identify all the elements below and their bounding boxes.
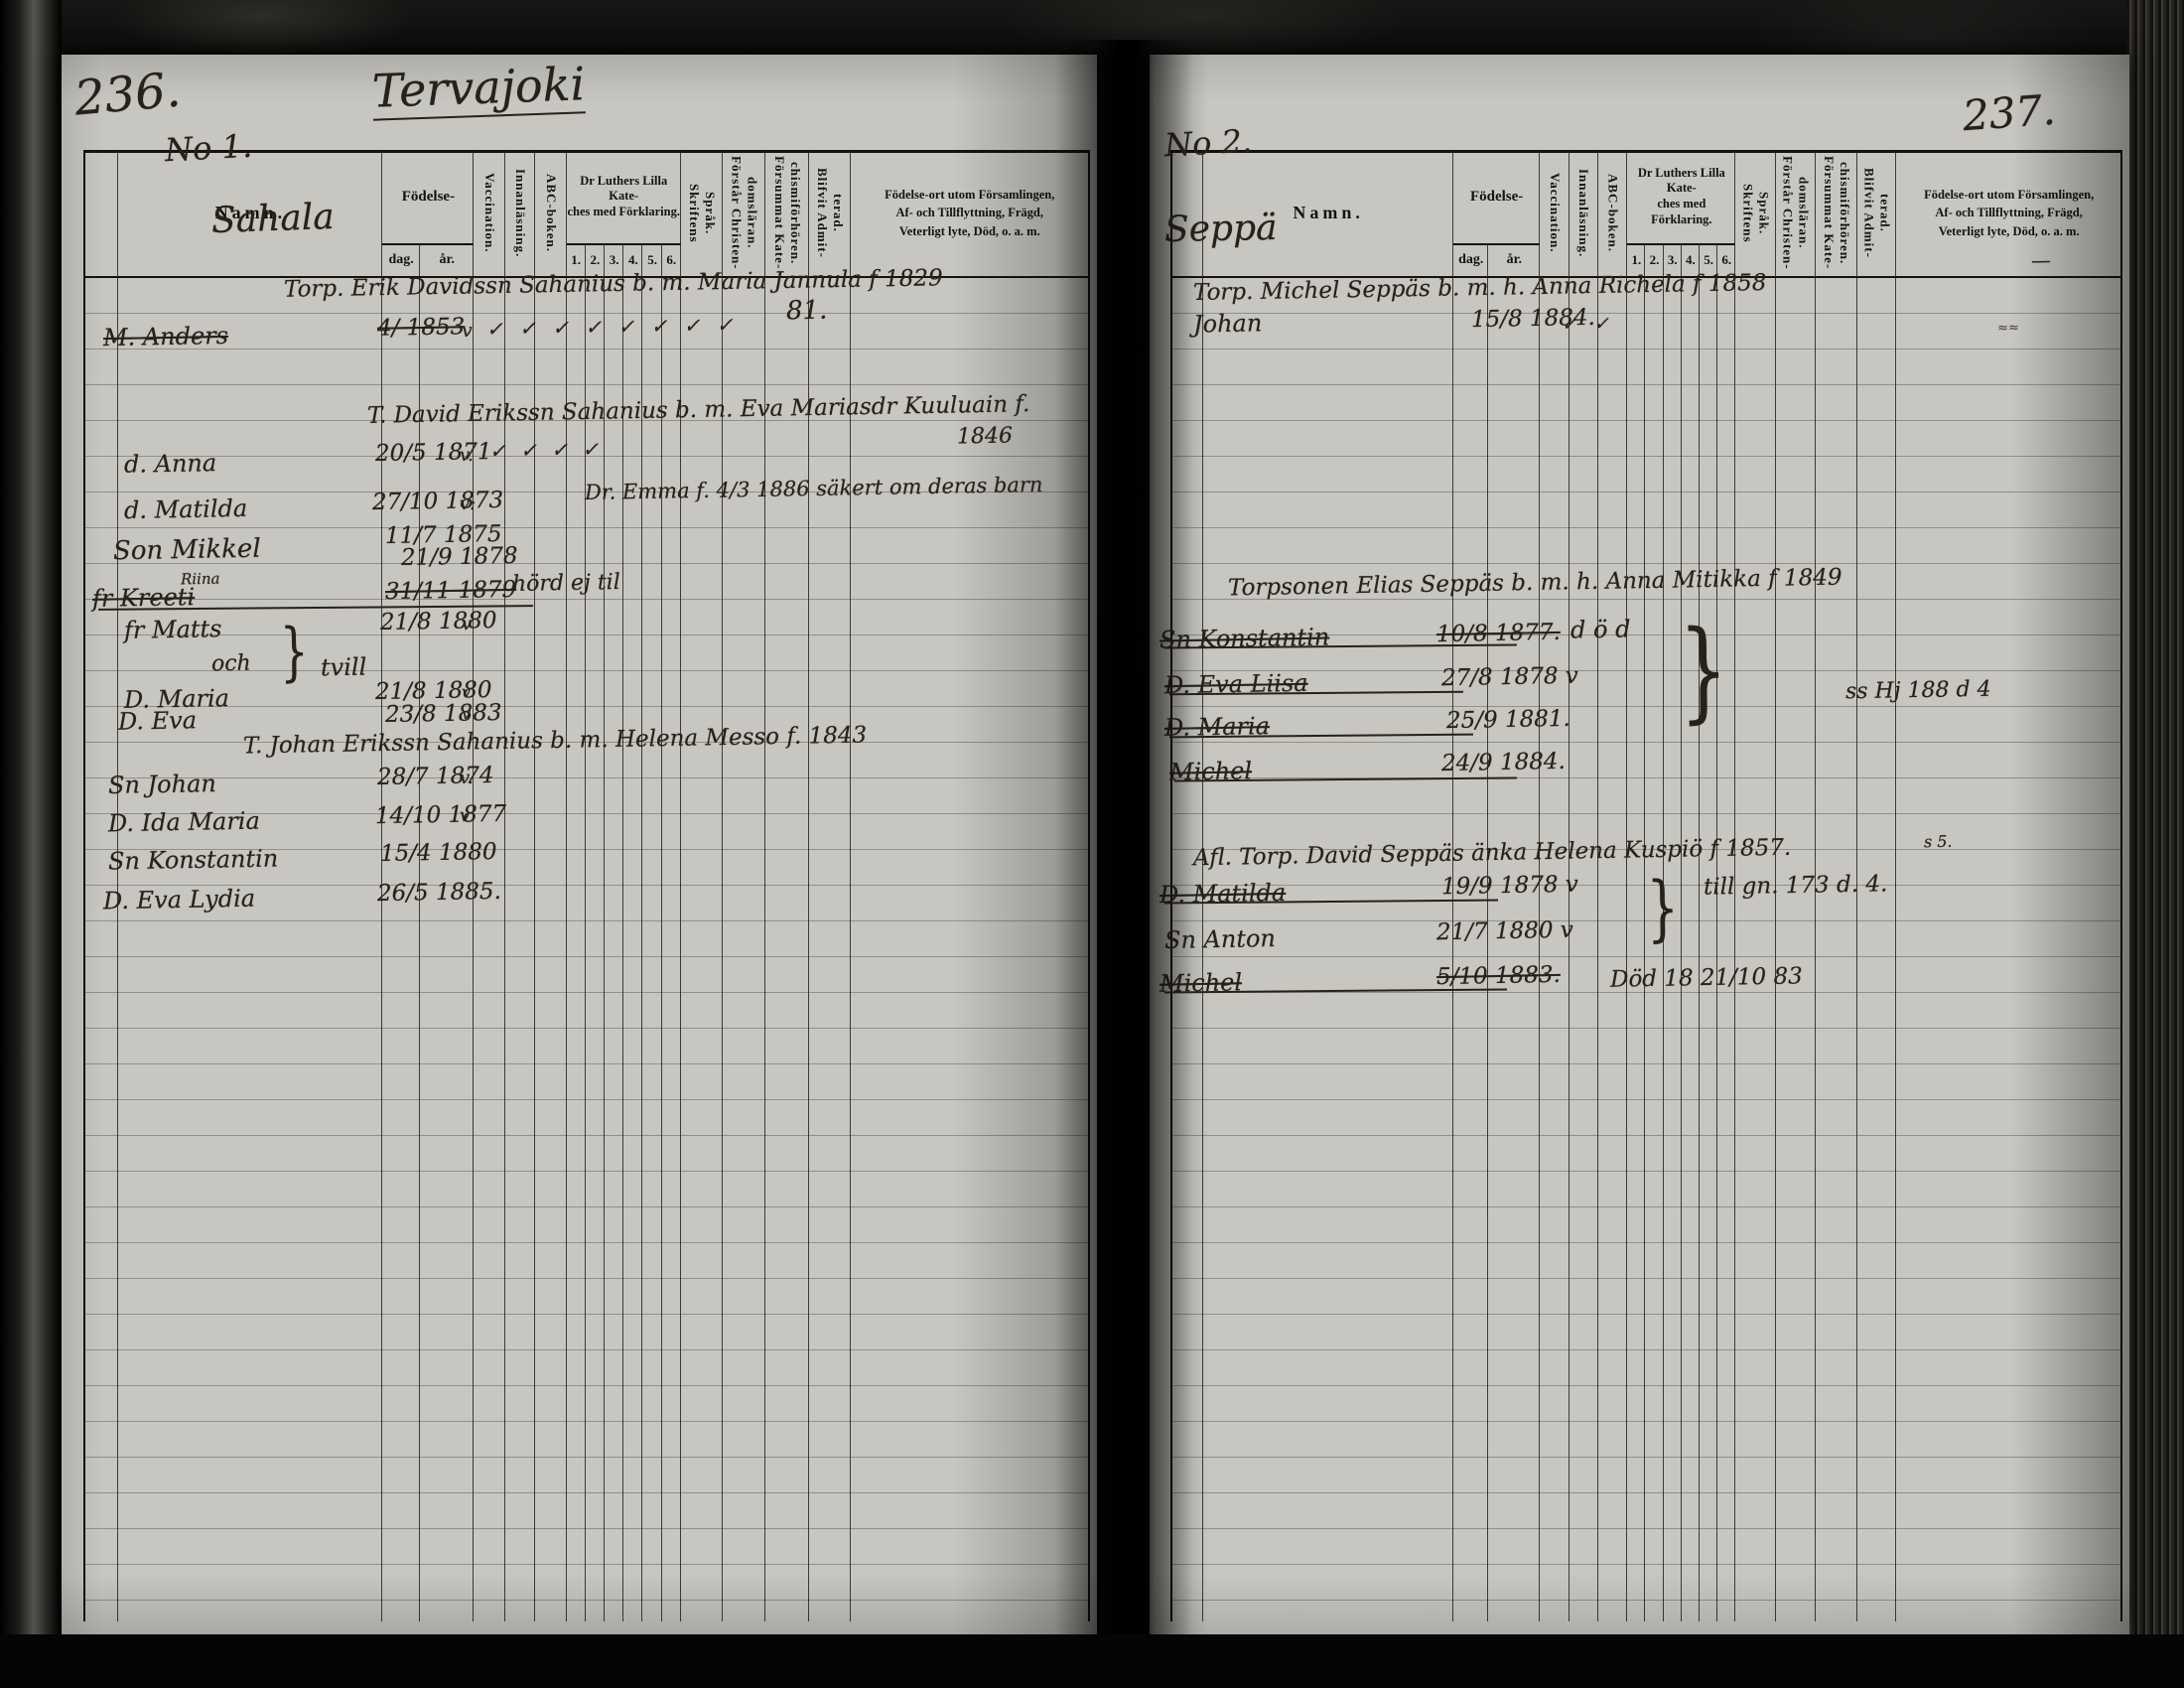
birth-date: 21/7 1880 v <box>1436 919 1573 944</box>
page-number: 236. <box>72 66 183 122</box>
family-heading: Torpsonen Elias Seppäs b. m. h. Anna Mit… <box>1228 566 1843 600</box>
note: och <box>211 653 251 676</box>
note: hörd ej til <box>512 572 620 596</box>
person-name: Sn Anton <box>1164 926 1276 952</box>
page-left: Namn. Födelse- dag. år. Vaccination. Inn… <box>62 55 1097 1635</box>
entry-number: No 1. <box>165 130 254 167</box>
family-heading: T. David Erikssn Sahanius b. m. Eva Mari… <box>367 393 1030 428</box>
page-number: 237. <box>1962 89 2057 137</box>
person-name: Son Mikkel <box>113 535 261 564</box>
book-spine-edge <box>0 0 62 1688</box>
scanned-parish-register-photo: Namn. Födelse- dag. år. Vaccination. Inn… <box>0 0 2184 1688</box>
page-stack-edge <box>2126 0 2184 1688</box>
vaccination-mark: v <box>461 616 471 633</box>
photo-bottom-border <box>0 1634 2184 1688</box>
vaccination-mark: v. <box>459 447 473 465</box>
check-marks: ✓ ✓ ✓ ✓ <box>489 439 603 461</box>
birth-date: 20/5 1871 <box>375 441 492 466</box>
family-heading: Afl. Torp. David Seppäs änka Helena Kusp… <box>1193 837 1792 871</box>
check-marks: ✓ ✓ ✓ ✓ ✓ ✓ ✓ ✓ <box>485 315 738 339</box>
person-name: Johan <box>1193 312 1263 337</box>
note: 81. <box>786 298 828 325</box>
birth-date: 27/8 1878 v <box>1441 665 1578 690</box>
person-name: D. Eva Lydia <box>103 887 255 914</box>
person-name: Sn Konstantin <box>108 847 279 874</box>
note: Död 18 21/10 83 <box>1610 965 1803 991</box>
note: s 5. <box>1924 834 1953 850</box>
page-right: Namn. Födelse- dag. år. Vaccination. Inn… <box>1150 55 2129 1635</box>
birth-date: 31/11 1879 <box>385 578 517 603</box>
birth-date: 26/5 1885. <box>377 881 501 906</box>
handwriting-layer-right: 237.No 2.SeppäTorp. Michel Seppäs b. m. … <box>1150 55 2129 1635</box>
handwriting-layer-left: 236.TervajokiNo 1.SahalaTorp. Erik David… <box>62 55 1097 1635</box>
family-heading: T. Johan Erikssn Sahanius b. m. Helena M… <box>242 724 867 758</box>
birth-date: 23/8 1883 <box>385 702 502 727</box>
family-heading: Torp. Erik Davidssn Sahanius b. m. Maria… <box>284 267 943 302</box>
birth-date: 28/7 1874 <box>377 765 494 789</box>
farm-name: Sahala <box>211 200 336 239</box>
brace: } <box>280 621 309 685</box>
village-title: Tervajoki <box>371 61 586 120</box>
person-name: fr Kreeti <box>92 585 196 611</box>
person-name: M. Anders <box>103 324 228 350</box>
note: 1846 <box>957 426 1013 449</box>
scribble: ≈≈ <box>1997 322 2019 335</box>
vaccination-mark: v. <box>459 769 473 786</box>
note: till gn. 173 d. 4. <box>1703 874 1887 900</box>
birth-date: 27/10 1873 <box>372 490 504 514</box>
person-name: fr Matts <box>123 617 221 642</box>
person-name: d. Anna <box>123 451 216 477</box>
person-name: d. Matilda <box>123 496 247 522</box>
birth-date: 19/9 1878 v <box>1441 874 1578 899</box>
vaccination-mark: v <box>461 684 470 700</box>
birth-date: 4/ 1853 <box>377 316 466 341</box>
note: Dr. Emma f. 4/3 1886 säkert om deras bar… <box>585 475 1043 503</box>
person-name: Sn Johan <box>108 772 216 797</box>
birth-date: 14/10 1877 <box>375 802 507 827</box>
entry-number: No 2. <box>1163 125 1253 162</box>
scribble: — <box>2031 250 2051 270</box>
check-marks: ✓ ✓ <box>1561 315 1614 334</box>
vaccination-mark: v: <box>459 495 476 513</box>
vaccination-mark: v <box>459 807 469 825</box>
birth-date: 25/9 1881. <box>1446 708 1570 733</box>
birth-date: 5/10 1883. <box>1436 964 1561 989</box>
birth-date: 10/8 1877. <box>1436 621 1561 645</box>
brace: } <box>1646 872 1679 944</box>
vaccination-mark: v <box>461 706 470 722</box>
birth-date: 21/8 1880 <box>380 610 497 634</box>
birth-date: 24/9 1884. <box>1441 751 1566 775</box>
farm-name: Seppä <box>1163 211 1277 248</box>
birth-date: 21/9 1878 <box>401 545 518 570</box>
person-name: D. Ida Maria <box>108 809 260 836</box>
brace: } <box>1679 616 1728 726</box>
vaccination-mark: v <box>461 322 472 341</box>
birth-date: 15/4 1880 <box>380 841 497 866</box>
note: d ö d <box>1570 617 1631 641</box>
person-name: D. Eva <box>118 708 197 733</box>
family-heading: Torp. Michel Seppäs b. m. h. Anna Richel… <box>1193 272 1767 305</box>
note: ss Hj 188 d 4 <box>1845 679 1991 704</box>
note: tvill <box>321 655 367 680</box>
